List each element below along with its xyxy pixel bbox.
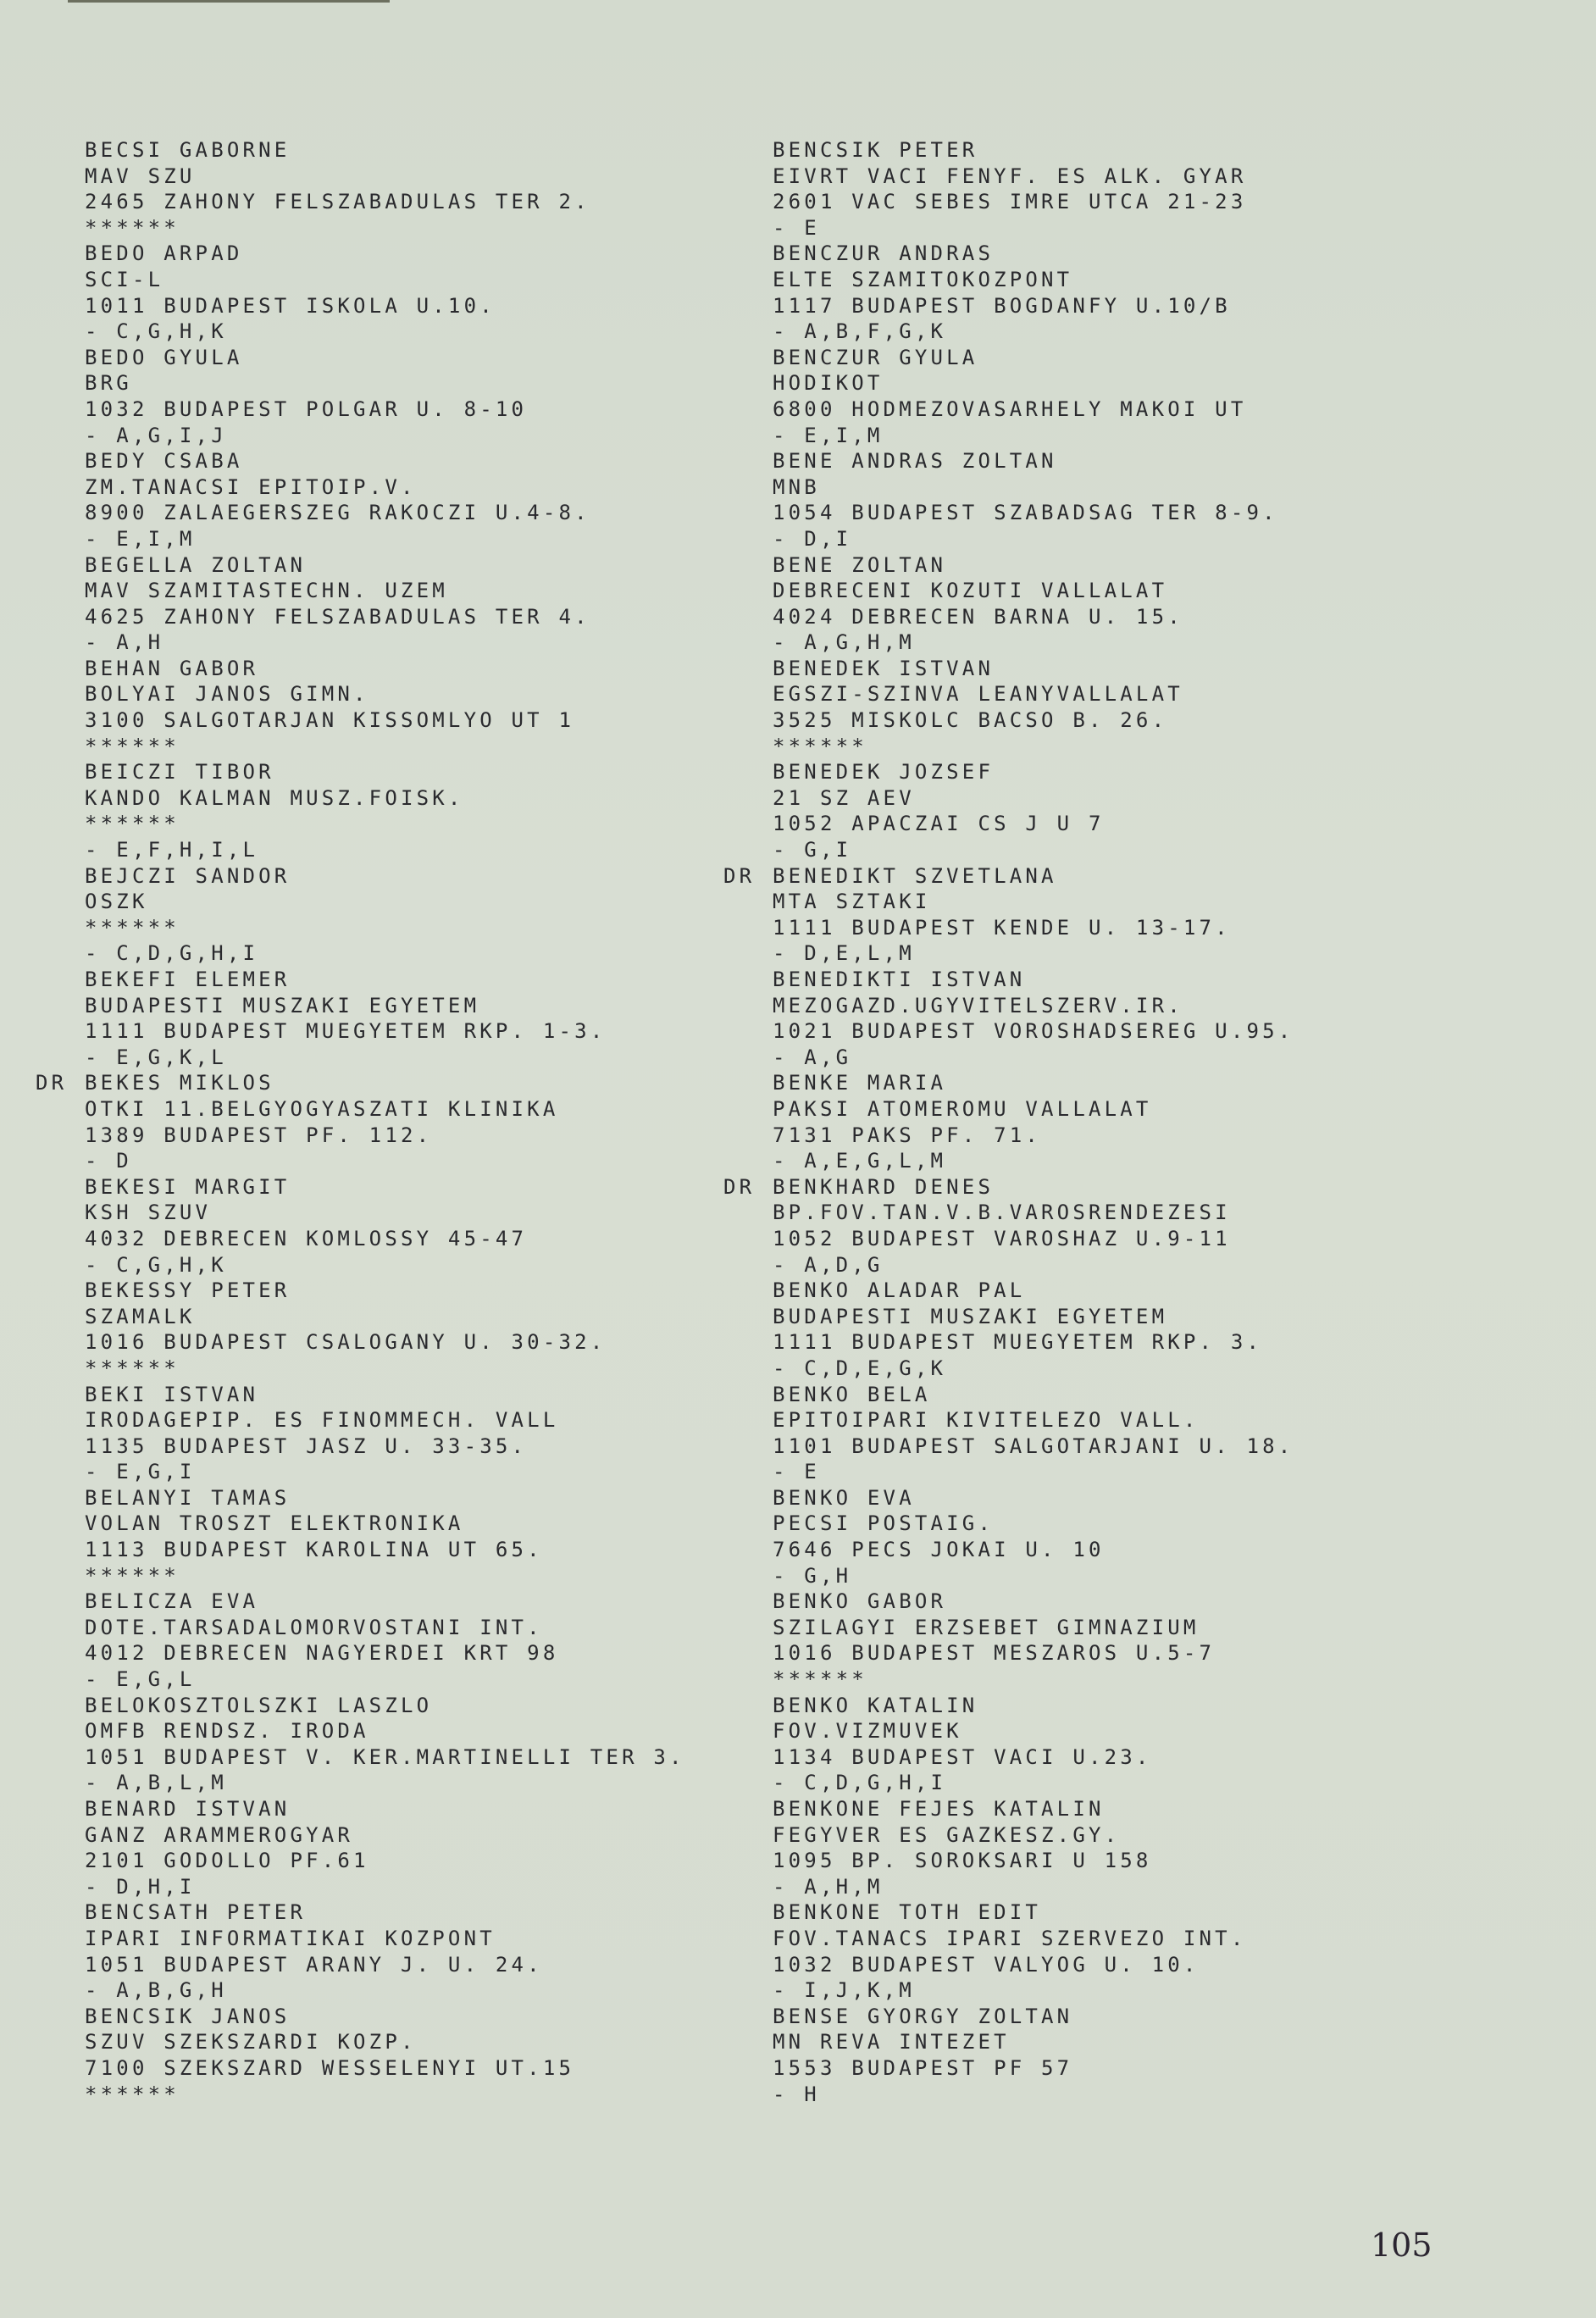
entry-address: 3525 MISKOLC BACSO B. 26. [773,707,1535,734]
entry-address: 1032 BUDAPEST POLGAR U. 8-10 [85,396,729,423]
entry-organization: 21 SZ AEV [773,785,1535,812]
entry-codes: ****** [85,2082,729,2108]
entry-name: BENKO ALADAR PAL [773,1278,1535,1304]
directory-entry: BENCSIK JANOSSZUV SZEKSZARDI KOZP.7100 S… [85,2004,729,2107]
entry-name: BENE ANDRAS ZOLTAN [773,448,1535,474]
entry-name: BENCSATH PETER [85,1899,729,1926]
entry-name: BEKEFI ELEMER [85,967,729,993]
entry-address: 1032 BUDAPEST VALYOG U. 10. [773,1952,1535,1978]
entry-organization: MEZOGAZD.UGYVITELSZERV.IR. [773,993,1535,1019]
entry-address: 7646 PECS JOKAI U. 10 [773,1537,1535,1563]
entry-codes: - D [85,1148,729,1174]
entry-codes: ****** [773,1666,1535,1693]
entry-address: ****** [85,811,729,837]
entry-name: BENEDIKT SZVETLANA [773,863,1535,890]
entry-codes: - E,F,H,I,L [85,837,729,863]
entry-name: BENSE GYORGY ZOLTAN [773,2004,1535,2030]
entry-address: 2465 ZAHONY FELSZABADULAS TER 2. [85,189,729,215]
directory-entry: BEHAN GABORBOLYAI JANOS GIMN.3100 SALGOT… [85,656,729,759]
entry-name: BENKONE TOTH EDIT [773,1899,1535,1926]
directory-entry: BENE ANDRAS ZOLTANMNB1054 BUDAPEST SZABA… [773,448,1535,552]
entry-address: 1101 BUDAPEST SALGOTARJANI U. 18. [773,1433,1535,1460]
entry-organization: DEBRECENI KOZUTI VALLALAT [773,578,1535,604]
entry-address: 1021 BUDAPEST VOROSHADSEREG U.95. [773,1018,1535,1045]
entry-address: 6800 HODMEZOVASARHELY MAKOI UT [773,396,1535,423]
entry-organization: BUDAPESTI MUSZAKI EGYETEM [85,993,729,1019]
entry-address: 7100 SZEKSZARD WESSELENYI UT.15 [85,2055,729,2082]
entry-codes: - E [773,215,1535,241]
entry-organization: OSZK [85,889,729,915]
entry-address: 1135 BUDAPEST JASZ U. 33-35. [85,1433,729,1460]
entry-address: 1389 BUDAPEST PF. 112. [85,1123,729,1149]
directory-entry: BENEDEK ISTVANEGSZI-SZINVA LEANYVALLALAT… [773,656,1535,759]
directory-entry: BEICZI TIBORKANDO KALMAN MUSZ.FOISK.****… [85,759,729,862]
entry-name: BELANYI TAMAS [85,1485,729,1511]
entry-organization: MN REVA INTEZET [773,2029,1535,2055]
entry-address: 4012 DEBRECEN NAGYERDEI KRT 98 [85,1640,729,1666]
directory-entry: DRBENEDIKT SZVETLANAMTA SZTAKI1111 BUDAP… [773,863,1535,967]
entry-organization: DOTE.TARSADALOMORVOSTANI INT. [85,1615,729,1641]
entry-organization: SCI-L [85,267,729,293]
entry-name: BENKHARD DENES [773,1174,1535,1201]
directory-entry: BEDO ARPADSCI-L1011 BUDAPEST ISKOLA U.10… [85,241,729,344]
entry-codes: ****** [85,1563,729,1589]
entry-codes: - A,D,G [773,1252,1535,1278]
entry-organization: EPITOIPARI KIVITELEZO VALL. [773,1407,1535,1433]
entry-organization: OMFB RENDSZ. IRODA [85,1718,729,1744]
directory-entry: BENSE GYORGY ZOLTANMN REVA INTEZET1553 B… [773,2004,1535,2107]
directory-entry: BEDY CSABAZM.TANACSI EPITOIP.V.8900 ZALA… [85,448,729,552]
directory-entry: BEKEFI ELEMERBUDAPESTI MUSZAKI EGYETEM11… [85,967,729,1070]
entry-organization: GANZ ARAMMEROGYAR [85,1822,729,1849]
entry-name: BENKO GABOR [773,1589,1535,1615]
directory-entry: BENKONE FEJES KATALINFEGYVER ES GAZKESZ.… [773,1796,1535,1899]
entry-address: 4024 DEBRECEN BARNA U. 15. [773,604,1535,630]
entry-codes: - E,G,I [85,1459,729,1485]
entry-address: 1011 BUDAPEST ISKOLA U.10. [85,293,729,319]
entry-codes: - E,I,M [85,526,729,552]
entry-organization: BP.FOV.TAN.V.B.VAROSRENDEZESI [773,1200,1535,1226]
entry-name: BENEDEK JOZSEF [773,759,1535,785]
entry-organization: SZAMALK [85,1304,729,1330]
entry-organization: ELTE SZAMITOKOZPONT [773,267,1535,293]
entry-address: 3100 SALGOTARJAN KISSOMLYO UT 1 [85,707,729,734]
entry-codes: - A,H [85,629,729,656]
entry-organization: PAKSI ATOMEROMU VALLALAT [773,1096,1535,1123]
entry-name: BENCZUR ANDRAS [773,241,1535,267]
entry-codes: - C,D,E,G,K [773,1356,1535,1382]
entry-organization: VOLAN TROSZT ELEKTRONIKA [85,1511,729,1537]
directory-entry: BECSI GABORNEMAV SZU2465 ZAHONY FELSZABA… [85,137,729,241]
entry-name: BENKO EVA [773,1485,1535,1511]
directory-entry: DRBENKHARD DENESBP.FOV.TAN.V.B.VAROSREND… [773,1174,1535,1278]
directory-entry: BENEDIKTI ISTVANMEZOGAZD.UGYVITELSZERV.I… [773,967,1535,1070]
directory-entry: BEKI ISTVANIRODAGEPIP. ES FINOMMECH. VAL… [85,1382,729,1485]
entry-codes: - A,E,G,L,M [773,1148,1535,1174]
entry-address: 4032 DEBRECEN KOMLOSSY 45-47 [85,1226,729,1252]
entry-address: 1134 BUDAPEST VACI U.23. [773,1744,1535,1771]
entry-address: 1117 BUDAPEST BOGDANFY U.10/B [773,293,1535,319]
directory-entry: BENKO KATALINFOV.VIZMUVEK1134 BUDAPEST V… [773,1693,1535,1796]
directory-entry: BELANYI TAMASVOLAN TROSZT ELEKTRONIKA111… [85,1485,729,1589]
entry-codes: - G,H [773,1563,1535,1589]
entry-name: BEHAN GABOR [85,656,729,682]
entry-codes: ****** [773,734,1535,760]
directory-entry: BENKE MARIAPAKSI ATOMEROMU VALLALAT7131 … [773,1070,1535,1173]
entry-codes: ****** [85,1356,729,1382]
entry-codes: - A,B,F,G,K [773,319,1535,345]
directory-entry: BENKONE TOTH EDITFOV.TANACS IPARI SZERVE… [773,1899,1535,2003]
entry-organization: ZM.TANACSI EPITOIP.V. [85,474,729,501]
directory-entry: BELICZA EVADOTE.TARSADALOMORVOSTANI INT.… [85,1589,729,1692]
directory-entry: BENCSIK PETEREIVRT VACI FENYF. ES ALK. G… [773,137,1535,241]
directory-entry: BEKESI MARGITKSH SZUV4032 DEBRECEN KOMLO… [85,1174,729,1278]
entry-organization: EIVRT VACI FENYF. ES ALK. GYAR [773,164,1535,190]
entry-organization: FEGYVER ES GAZKESZ.GY. [773,1822,1535,1849]
entry-name: BENCSIK PETER [773,137,1535,164]
entry-name: BEDO GYULA [85,345,729,371]
entry-address: 1113 BUDAPEST KAROLINA UT 65. [85,1537,729,1563]
entry-codes: - D,E,L,M [773,940,1535,967]
entry-name: BENKO KATALIN [773,1693,1535,1719]
entry-address: 1095 BP. SOROKSARI U 158 [773,1848,1535,1874]
entry-codes: - A,G [773,1045,1535,1071]
entry-address: 1054 BUDAPEST SZABADSAG TER 8-9. [773,500,1535,526]
entry-address: 1111 BUDAPEST MUEGYETEM RKP. 3. [773,1329,1535,1356]
entry-organization: PECSI POSTAIG. [773,1511,1535,1537]
entry-address: ****** [85,915,729,941]
entry-codes: - G,I [773,837,1535,863]
entry-codes: - H [773,2082,1535,2108]
entry-address: 1051 BUDAPEST ARANY J. U. 24. [85,1952,729,1978]
entry-name: BENE ZOLTAN [773,552,1535,579]
entry-name: BECSI GABORNE [85,137,729,164]
directory-entry: BENKO GABORSZILAGYI ERZSEBET GIMNAZIUM10… [773,1589,1535,1692]
directory-entry: BENEDEK JOZSEF21 SZ AEV1052 APACZAI CS J… [773,759,1535,862]
entry-organization: FOV.TANACS IPARI SZERVEZO INT. [773,1926,1535,1952]
directory-entry: BENKO ALADAR PALBUDAPESTI MUSZAKI EGYETE… [773,1278,1535,1381]
entry-organization: IRODAGEPIP. ES FINOMMECH. VALL [85,1407,729,1433]
left-column: BECSI GABORNEMAV SZU2465 ZAHONY FELSZABA… [85,137,729,2107]
entry-address: 8900 ZALAEGERSZEG RAKOCZI U.4-8. [85,500,729,526]
entry-organization: KSH SZUV [85,1200,729,1226]
entry-organization: HODIKOT [773,370,1535,396]
directory-entry: BENCSATH PETERIPARI INFORMATIKAI KOZPONT… [85,1899,729,2003]
entry-organization: SZUV SZEKSZARDI KOZP. [85,2029,729,2055]
entry-name: BENEDIKTI ISTVAN [773,967,1535,993]
entry-codes: ****** [85,734,729,760]
page-number: 105 [1371,2226,1433,2264]
entry-address: 1016 BUDAPEST CSALOGANY U. 30-32. [85,1329,729,1356]
entry-name: BEKI ISTVAN [85,1382,729,1408]
entry-codes: - E,G,K,L [85,1045,729,1071]
entry-codes: - E [773,1459,1535,1485]
entry-name: BEKESSY PETER [85,1278,729,1304]
directory-entry: BEJCZI SANDOROSZK******- C,D,G,H,I [85,863,729,967]
entry-codes: - C,D,G,H,I [773,1770,1535,1796]
entry-name: BENKE MARIA [773,1070,1535,1096]
entry-address: 2101 GODOLLO PF.61 [85,1848,729,1874]
entry-organization: BUDAPESTI MUSZAKI EGYETEM [773,1304,1535,1330]
entry-codes: - I,J,K,M [773,1977,1535,2004]
entry-codes: - E,I,M [773,423,1535,449]
entry-codes: - A,G,H,M [773,629,1535,656]
directory-entry: BELOKOSZTOLSZKI LASZLOOMFB RENDSZ. IRODA… [85,1693,729,1796]
entry-codes: - A,B,L,M [85,1770,729,1796]
right-column: BENCSIK PETEREIVRT VACI FENYF. ES ALK. G… [773,137,1535,2107]
entry-address: 4625 ZAHONY FELSZABADULAS TER 4. [85,604,729,630]
entry-codes: - C,G,H,K [85,1252,729,1278]
entry-organization: IPARI INFORMATIKAI KOZPONT [85,1926,729,1952]
entry-organization: FOV.VIZMUVEK [773,1718,1535,1744]
title-prefix: DR [36,1070,67,1096]
entry-name: BEDO ARPAD [85,241,729,267]
directory-entry: BENCZUR GYULAHODIKOT6800 HODMEZOVASARHEL… [773,345,1535,448]
entry-address: 1111 BUDAPEST MUEGYETEM RKP. 1-3. [85,1018,729,1045]
entry-name: BENCZUR GYULA [773,345,1535,371]
entry-organization: SZILAGYI ERZSEBET GIMNAZIUM [773,1615,1535,1641]
entry-address: 7131 PAKS PF. 71. [773,1123,1535,1149]
entry-name: BEGELLA ZOLTAN [85,552,729,579]
entry-address: 1016 BUDAPEST MESZAROS U.5-7 [773,1640,1535,1666]
entry-name: BEDY CSABA [85,448,729,474]
entry-address: 1052 BUDAPEST VAROSHAZ U.9-11 [773,1226,1535,1252]
entry-name: BEKES MIKLOS [85,1070,729,1096]
entry-organization: BOLYAI JANOS GIMN. [85,681,729,707]
directory-entry: BEGELLA ZOLTANMAV SZAMITASTECHN. UZEM462… [85,552,729,656]
entry-codes: - D,I [773,526,1535,552]
entry-name: BENARD ISTVAN [85,1796,729,1822]
entry-name: BENCSIK JANOS [85,2004,729,2030]
entry-codes: - A,G,I,J [85,423,729,449]
entry-organization: OTKI 11.BELGYOGYASZATI KLINIKA [85,1096,729,1123]
title-prefix: DR [723,863,755,890]
entry-codes: - C,D,G,H,I [85,940,729,967]
entry-codes: ****** [85,215,729,241]
directory-entry: DRBEKES MIKLOSOTKI 11.BELGYOGYASZATI KLI… [85,1070,729,1173]
directory-page: BECSI GABORNEMAV SZU2465 ZAHONY FELSZABA… [0,0,1596,2318]
entry-organization: MAV SZU [85,164,729,190]
entry-address: 2601 VAC SEBES IMRE UTCA 21-23 [773,189,1535,215]
entry-organization: MTA SZTAKI [773,889,1535,915]
entry-address: 1051 BUDAPEST V. KER.MARTINELLI TER 3. [85,1744,729,1771]
entry-name: BEJCZI SANDOR [85,863,729,890]
entry-address: 1111 BUDAPEST KENDE U. 13-17. [773,915,1535,941]
entry-organization: BRG [85,370,729,396]
entry-codes: - A,B,G,H [85,1977,729,2004]
page-top-edge [68,0,390,3]
entry-address: 1052 APACZAI CS J U 7 [773,811,1535,837]
entry-name: BENEDEK ISTVAN [773,656,1535,682]
entry-name: BEKESI MARGIT [85,1174,729,1201]
directory-entry: BEKESSY PETERSZAMALK1016 BUDAPEST CSALOG… [85,1278,729,1381]
entry-codes: - A,H,M [773,1874,1535,1900]
entry-codes: - C,G,H,K [85,319,729,345]
directory-entry: BENKO EVAPECSI POSTAIG.7646 PECS JOKAI U… [773,1485,1535,1589]
entry-organization: MAV SZAMITASTECHN. UZEM [85,578,729,604]
entry-organization: MNB [773,474,1535,501]
directory-entry: BENKO BELAEPITOIPARI KIVITELEZO VALL.110… [773,1382,1535,1485]
entry-address: 1553 BUDAPEST PF 57 [773,2055,1535,2082]
entry-name: BELOKOSZTOLSZKI LASZLO [85,1693,729,1719]
entry-organization: KANDO KALMAN MUSZ.FOISK. [85,785,729,812]
entry-name: BEICZI TIBOR [85,759,729,785]
entry-organization: EGSZI-SZINVA LEANYVALLALAT [773,681,1535,707]
directory-entry: BEDO GYULABRG1032 BUDAPEST POLGAR U. 8-1… [85,345,729,448]
entry-name: BELICZA EVA [85,1589,729,1615]
title-prefix: DR [723,1174,755,1201]
entry-name: BENKO BELA [773,1382,1535,1408]
entry-codes: - E,G,L [85,1666,729,1693]
entry-name: BENKONE FEJES KATALIN [773,1796,1535,1822]
directory-entry: BENCZUR ANDRASELTE SZAMITOKOZPONT1117 BU… [773,241,1535,344]
directory-entry: BENE ZOLTANDEBRECENI KOZUTI VALLALAT4024… [773,552,1535,656]
entry-codes: - D,H,I [85,1874,729,1900]
directory-entry: BENARD ISTVANGANZ ARAMMEROGYAR2101 GODOL… [85,1796,729,1899]
